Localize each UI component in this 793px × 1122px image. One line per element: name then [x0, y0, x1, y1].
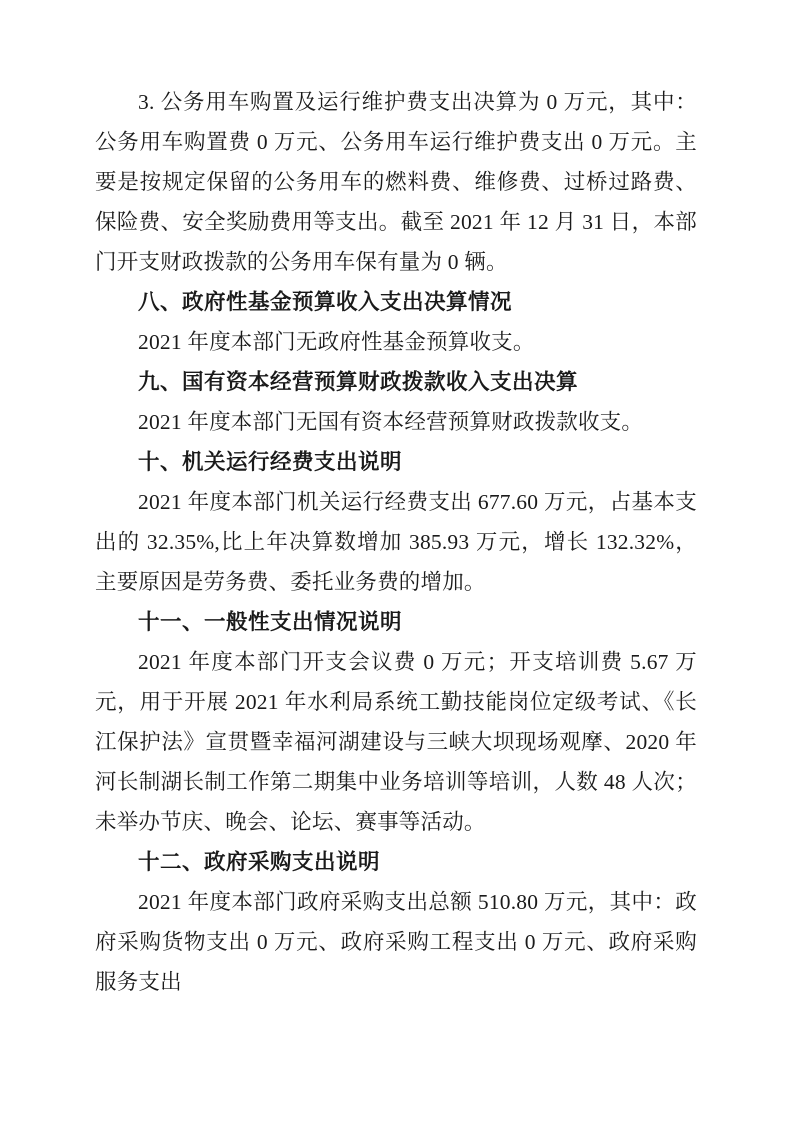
- paragraph-section-9-note: 2021 年度本部门无国有资本经营预算财政拨款收支。: [95, 402, 697, 442]
- heading-section-10-agency-operating-expense: 十、机关运行经费支出说明: [95, 442, 697, 482]
- heading-section-9-state-capital-budget: 九、国有资本经营预算财政拨款收入支出决算: [95, 362, 697, 402]
- paragraph-section-12-detail: 2021 年度本部门政府采购支出总额 510.80 万元，其中：政府采购货物支出…: [95, 882, 697, 1002]
- heading-section-12-govt-procurement: 十二、政府采购支出说明: [95, 842, 697, 882]
- heading-section-8-govt-fund-budget: 八、政府性基金预算收入支出决算情况: [95, 282, 697, 322]
- heading-section-11-general-expense: 十一、一般性支出情况说明: [95, 602, 697, 642]
- document-page: 3. 公务用车购置及运行维护费支出决算为 0 万元，其中：公务用车购置费 0 万…: [0, 0, 793, 1122]
- paragraph-section-8-note: 2021 年度本部门无政府性基金预算收支。: [95, 322, 697, 362]
- paragraph-section-11-detail: 2021 年度本部门开支会议费 0 万元；开支培训费 5.67 万元，用于开展 …: [95, 642, 697, 842]
- paragraph-section-10-detail: 2021 年度本部门机关运行经费支出 677.60 万元，占基本支出的 32.3…: [95, 482, 697, 602]
- paragraph-vehicle-purchase-maintenance: 3. 公务用车购置及运行维护费支出决算为 0 万元，其中：公务用车购置费 0 万…: [95, 82, 697, 282]
